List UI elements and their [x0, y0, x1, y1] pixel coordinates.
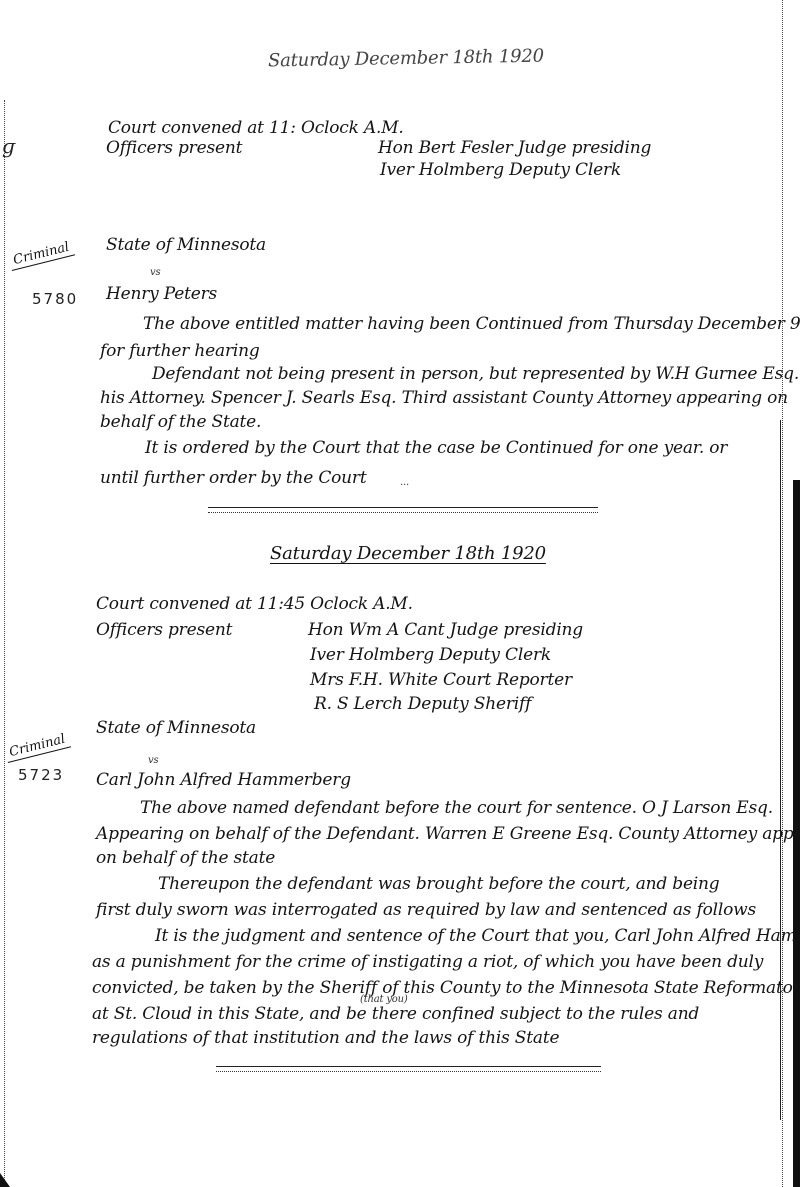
margin-pen-mark: ɡ [2, 134, 15, 158]
entry2-margin-criminal: Criminal [4, 731, 71, 763]
entry2-officer-judge: Hon Wm A Cant Judge presiding [308, 622, 583, 639]
right-margin-line [782, 0, 783, 1187]
entry1-officer-judge: Hon Bert Fesler Judge presiding [378, 140, 651, 157]
entry1-date-heading: Saturday December 18th 1920 [268, 48, 544, 71]
entry1-body-line-4: his Attorney. Spencer J. Searls Esq. Thi… [100, 390, 788, 407]
entry2-body-line-4: Thereupon the defendant was brought befo… [158, 876, 719, 893]
entry1-body-line-7: until further order by the Court [100, 470, 366, 487]
entry1-body-line-2: for further hearing [100, 343, 260, 360]
entry2-body-line-5: first duly sworn was interrogated as req… [96, 902, 756, 919]
entry1-margin-label: Criminal [8, 239, 75, 271]
entry2-body-line-8: convicted, be taken by the Sheriff of th… [92, 980, 800, 997]
entry2-body-line-1: The above named defendant before the cou… [140, 800, 773, 817]
ledger-page: ɡ Saturday December 18th 1920 Court conv… [0, 0, 800, 1187]
entry2-body-line-7: as a punishment for the crime of instiga… [92, 954, 763, 971]
entry2-separator-rule [216, 1066, 601, 1067]
entry1-officers-label: Officers present [106, 140, 242, 157]
right-margin-line-solid [780, 420, 781, 1120]
entry1-body-line-1: The above entitled matter having been Co… [143, 316, 800, 333]
entry2-vs: vs [148, 756, 158, 766]
entry2-officer-clerk: Iver Holmberg Deputy Clerk [310, 647, 551, 664]
entry1-separator-rule [208, 507, 598, 508]
entry1-case-number: 5780 [32, 290, 78, 308]
entry1-state: State of Minnesota [106, 237, 266, 254]
entry2-case-number: 5723 [18, 766, 64, 784]
entry1-officer-clerk: Iver Holmberg Deputy Clerk [380, 162, 621, 179]
entry2-officers-label: Officers present [96, 622, 232, 639]
entry2-officer-reporter: Mrs F.H. White Court Reporter [310, 672, 572, 689]
entry1-body-line-3: Defendant not being present in person, b… [152, 366, 799, 383]
entry2-officer-sheriff: R. S Lerch Deputy Sheriff [314, 696, 531, 713]
entry2-date-heading: Saturday December 18th 1920 [270, 545, 546, 563]
entry1-body-line-6: It is ordered by the Court that the case… [145, 440, 727, 457]
entry1-body-line-5: behalf of the State. [100, 414, 261, 431]
entry2-convened: Court convened at 11:45 Oclock A.M. [96, 596, 413, 613]
entry2-margin-label: Criminal [4, 731, 71, 763]
entry1-vs: vs [150, 268, 160, 278]
entry1-trailing-marks: ... [400, 478, 409, 488]
left-margin-line [4, 100, 5, 1180]
entry2-body-line-6: It is the judgment and sentence of the C… [155, 928, 800, 945]
entry2-body-line-10: regulations of that institution and the … [92, 1030, 559, 1047]
entry2-body-line-9: at St. Cloud in this State, and be there… [92, 1006, 699, 1023]
entry1-defendant: Henry Peters [106, 286, 217, 303]
scan-corner [0, 1173, 10, 1187]
entry2-state: State of Minnesota [96, 720, 256, 737]
entry1-margin-criminal: Criminal [8, 239, 75, 271]
entry2-body-line-3: on behalf of the state [96, 850, 275, 867]
entry2-body-line-2: Appearing on behalf of the Defendant. Wa… [96, 826, 800, 843]
entry1-convened: Court convened at 11: Oclock A.M. [108, 120, 404, 137]
entry2-defendant: Carl John Alfred Hammerberg [96, 772, 351, 789]
